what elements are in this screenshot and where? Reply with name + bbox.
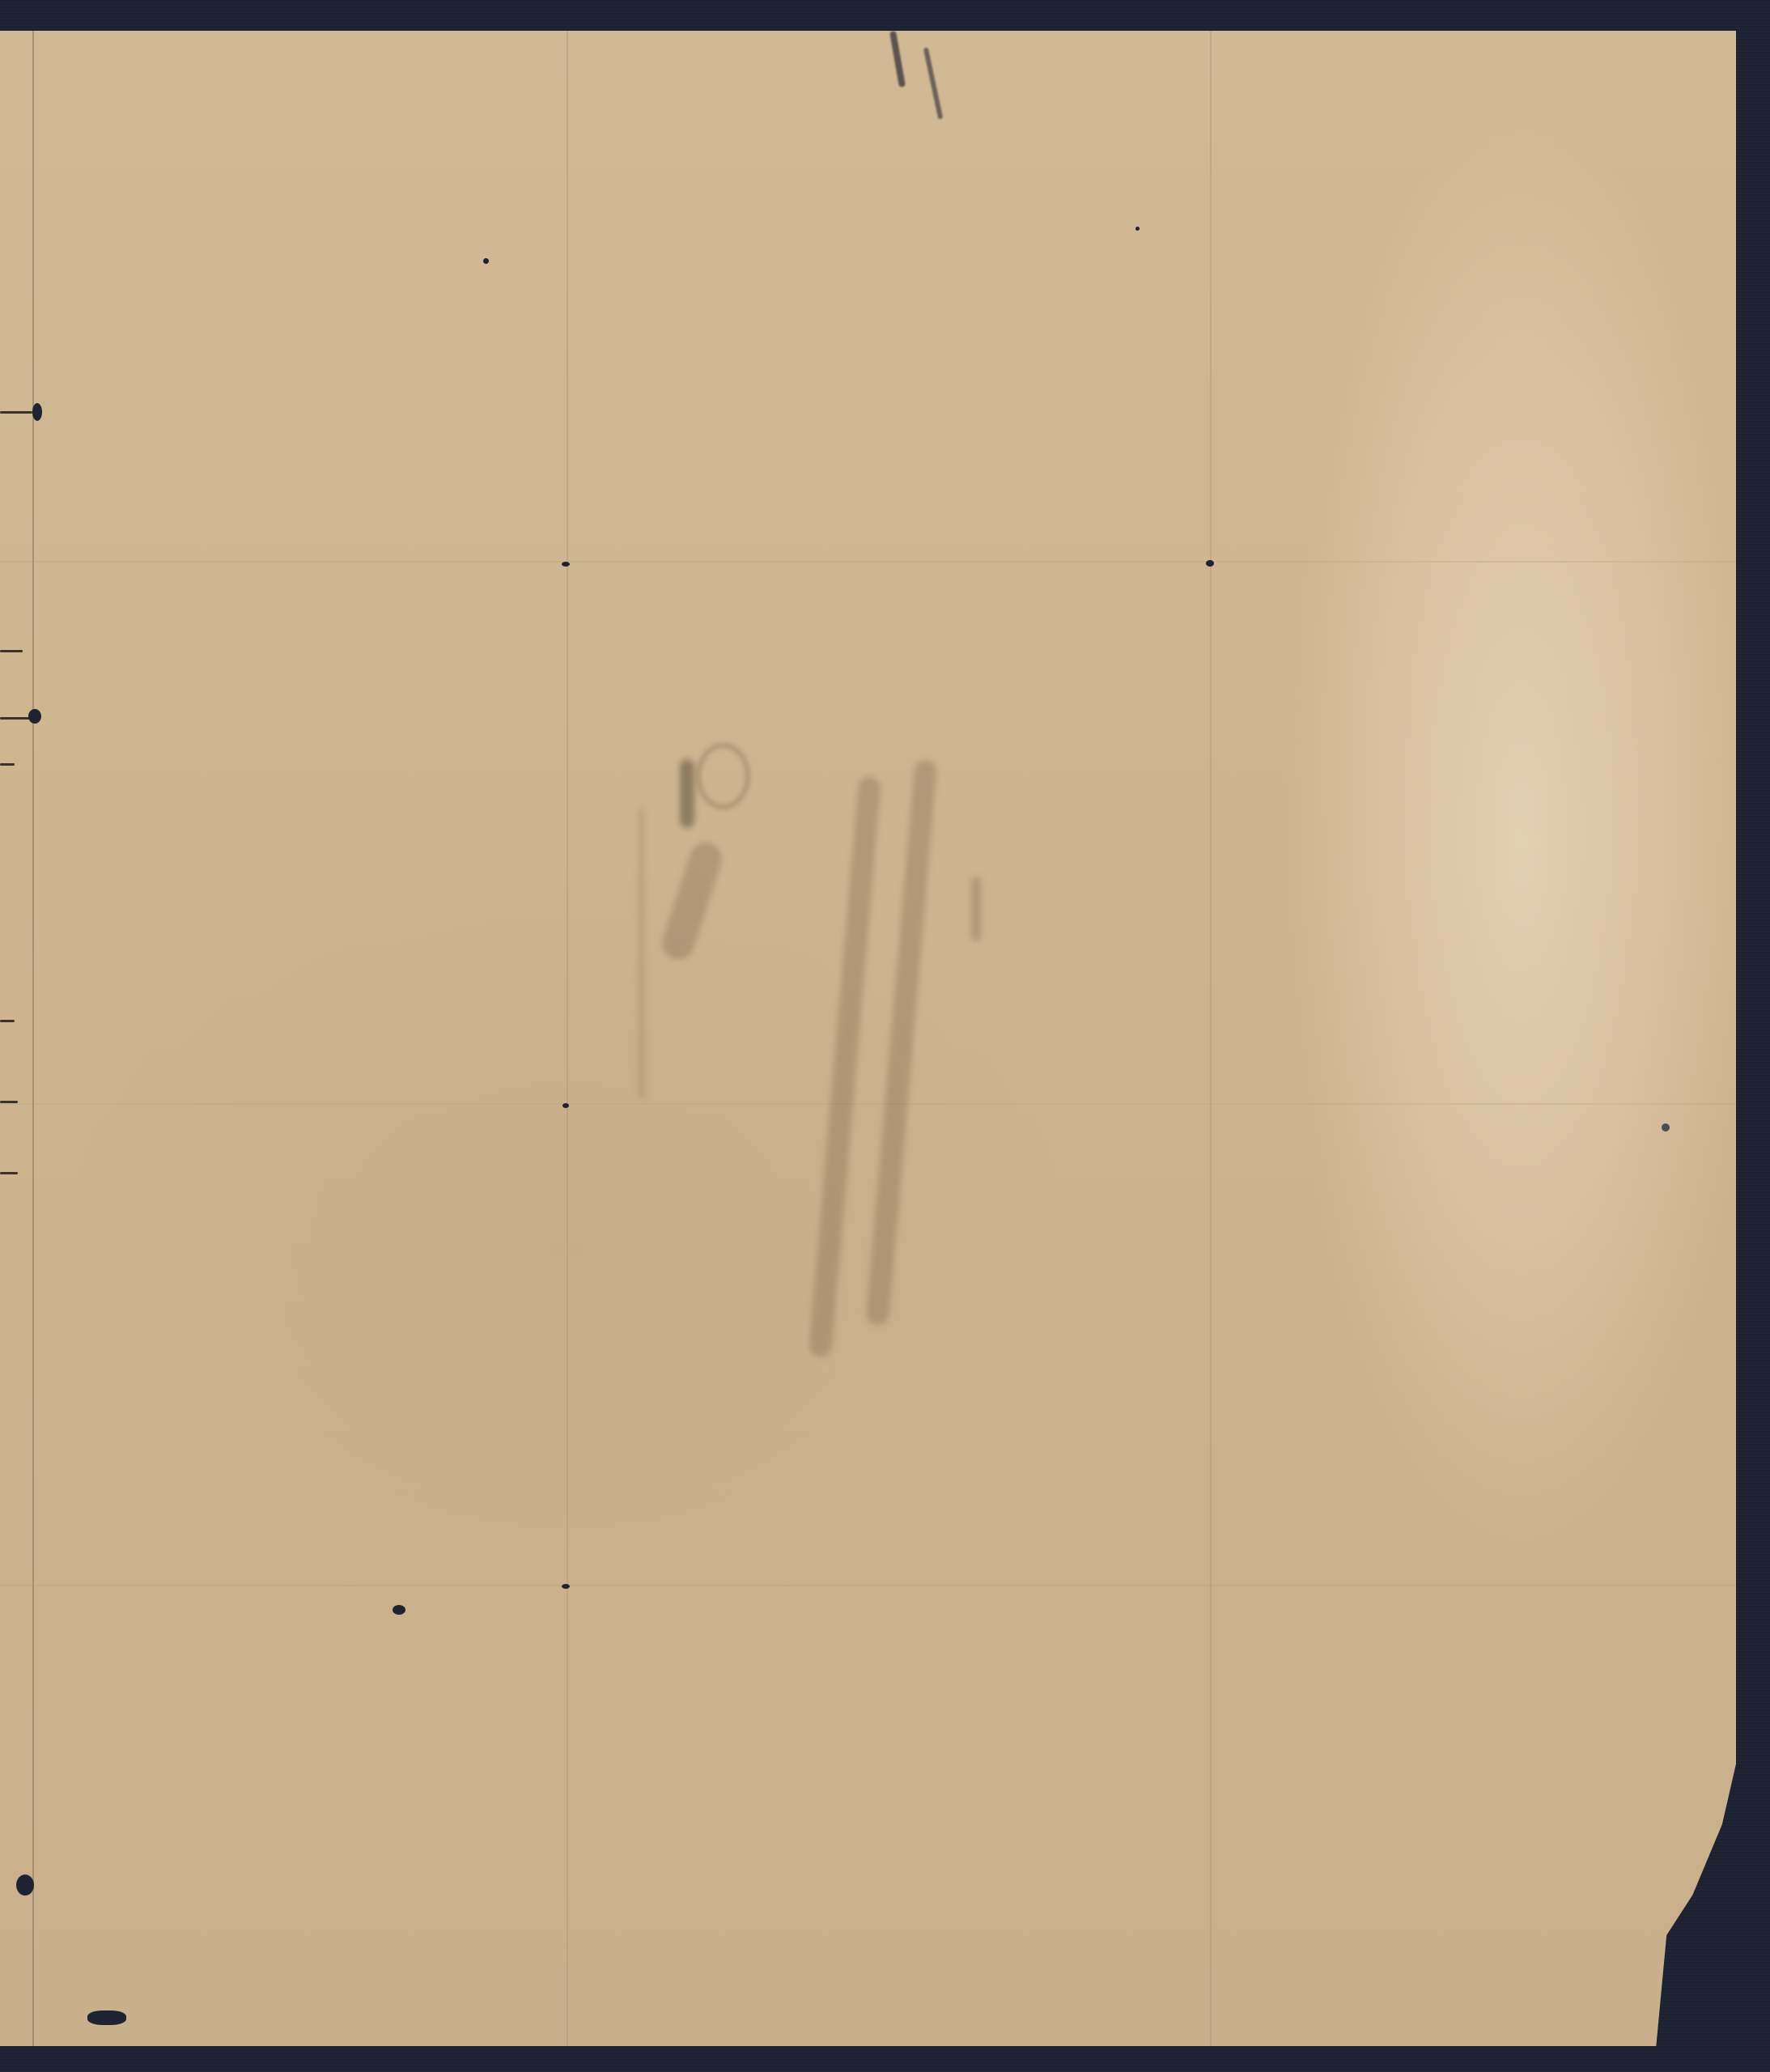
edge-writing-fragment [0, 1101, 18, 1103]
ink-spot [1662, 1123, 1670, 1132]
horizontal-fold-line [0, 1103, 1736, 1105]
ink-spot [28, 709, 41, 724]
left-margin-line [32, 31, 34, 2046]
ink-spot [562, 1103, 569, 1108]
edge-writing-fragment [0, 411, 32, 414]
vertical-fold-line [1210, 31, 1212, 2046]
ink-spot [32, 403, 42, 421]
ink-stroke [923, 47, 944, 119]
ink-stain [87, 2010, 126, 2025]
ink-spot [562, 1584, 570, 1589]
edge-writing-fragment [0, 763, 15, 766]
ink-spot [562, 562, 570, 567]
ink-spot [1135, 227, 1140, 231]
paper-page [0, 31, 1736, 2046]
ink-stroke [889, 31, 906, 87]
vertical-fold-line [567, 31, 568, 2046]
edge-writing-fragment [0, 717, 31, 720]
edge-writing-fragment [0, 1020, 15, 1022]
edge-writing-fragment [0, 1172, 18, 1174]
horizontal-fold-line [0, 1585, 1736, 1586]
ink-spot [1206, 560, 1214, 567]
horizontal-fold-line [0, 561, 1736, 563]
ink-spot [393, 1605, 405, 1615]
ink-spot [16, 1875, 34, 1896]
ink-spot [483, 258, 489, 264]
edge-writing-fragment [0, 650, 23, 652]
